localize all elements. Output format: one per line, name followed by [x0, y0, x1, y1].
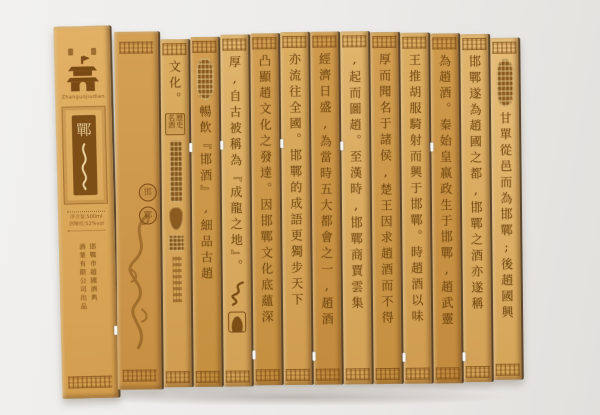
slip-text: 邯鄲遂為趙國之都,邯鄲之酒亦遂稱 [468, 55, 483, 313]
border-pattern-top [492, 42, 516, 54]
bamboo-scroll: Zhaoguojiudian 鄲 淨含量:500ml 酒精度:52%vol 邯鄲… [56, 22, 526, 399]
slip-text: 厚,自古被稱為『成龍之地』。 [228, 56, 242, 276]
tall-seal-strip-icon [169, 140, 183, 202]
bamboo-slip-7: 經濟日盛,為當時五大都會之一,趙酒 [310, 31, 342, 384]
bamboo-slip-3: 為趙酒。秦始皇嬴政生于邯鄲,趙武靈 [430, 33, 462, 383]
binding-tab [430, 143, 433, 152]
binding-tab [280, 139, 283, 148]
slip-text: 凸顯趙文化之發達。因邯鄲文化底蘊深 [258, 54, 273, 326]
border-pattern-top [342, 35, 366, 47]
spec-block: 淨含量:500ml 酒精度:52%vol [63, 209, 110, 234]
bamboo-slip-1: 甘單從邑而為邯鄲;後趙國興 [490, 38, 522, 380]
border-pattern-top [462, 38, 486, 50]
plate-seal-character: 鄲 [76, 119, 92, 140]
producer-colophon: 邯鄲市趙國酒典 酒業有限公司出品 [78, 243, 97, 339]
slip-text: 為趙酒。秦始皇嬴政生于邯鄲,趙武靈 [438, 54, 453, 328]
border-pattern-bottom [123, 369, 157, 381]
slip-text: 亦流往全國。邯鄲的成語更獨步天下 [288, 53, 303, 309]
historic-famous-wine-seal: 歷史 名酒 [165, 113, 185, 135]
divider [67, 211, 105, 213]
border-pattern-bottom [226, 370, 250, 382]
border-pattern-top [162, 43, 186, 55]
border-pattern-top [372, 36, 396, 48]
figure-oval-seal-icon [196, 58, 213, 100]
border-pattern-top [192, 41, 216, 53]
border-pattern-bottom [376, 368, 400, 380]
border-pattern-bottom [316, 368, 340, 380]
slip-text: 厚而聞名于諸侯,楚王因求趙酒而不得 [378, 53, 393, 327]
border-pattern-bottom [196, 371, 220, 383]
bamboo-slip-10: 厚,自古被稱為『成龍之地』。 [220, 34, 252, 386]
border-pattern-top [402, 37, 426, 49]
bamboo-slip-5: 厚而聞名于諸侯,楚王因求趙酒而不得 [370, 32, 402, 384]
border-pattern-bottom [256, 369, 280, 381]
round-seal-han: 邯 [139, 183, 157, 201]
border-pattern-bottom [346, 368, 370, 380]
producer-column-2: 酒業有限公司出品 [78, 243, 87, 339]
border-pattern-top [119, 41, 153, 53]
seal-right-column: 歷史 [175, 114, 182, 134]
binding-tab [312, 352, 315, 361]
binding-tab [114, 326, 117, 335]
border-pattern-top [282, 36, 306, 48]
title-oval-seal-icon [496, 59, 514, 107]
dragon-flourish-icon [227, 280, 247, 306]
seal-left-column: 名酒 [167, 114, 174, 134]
slip-text: 經濟日盛,為當時五大都會之一,趙酒 [318, 53, 333, 329]
slip-text: 暢飲『邯酒』,細品古趙 [199, 105, 213, 283]
bamboo-slip-11: 暢飲『邯酒』,細品古趙 [190, 37, 222, 387]
gourd-seal-icon [169, 207, 183, 230]
binding-tab [220, 141, 223, 150]
figure-stamp-icon [228, 311, 246, 332]
slip-text: 王推胡服騎射而興于邯鄲。時趙酒以味 [408, 54, 423, 326]
border-pattern-bottom [466, 366, 490, 378]
bamboo-slip-6: ,起而圖趙。至漢時,邯鄲商賈雲集 [340, 31, 372, 384]
binding-tab [189, 143, 192, 152]
framed-plate: 鄲 [61, 106, 107, 205]
border-pattern-top [252, 37, 276, 49]
border-pattern-top [432, 37, 456, 49]
border-pattern-bottom [166, 371, 190, 383]
slip-text: ,起而圖趙。至漢時,邯鄲商賈雲集 [348, 52, 363, 312]
border-pattern-top [222, 38, 246, 50]
spec-line-abv: 酒精度:52%vol [63, 221, 109, 229]
bamboo-slip-9: 凸顯趙文化之發達。因邯鄲文化底蘊深 [250, 33, 282, 385]
divider [67, 230, 105, 232]
bamboo-slip-2: 邯鄲遂為趙國之都,邯鄲之酒亦遂稱 [460, 34, 492, 382]
calligraphy-flourish-icon [77, 142, 92, 190]
border-pattern-top [312, 36, 336, 48]
dragon-board: 邯 鄲 [114, 31, 162, 389]
border-pattern-bottom [436, 367, 460, 379]
logo-caption: Zhaoguojiudian [62, 94, 105, 101]
bamboo-slip-8: 亦流往全國。邯鄲的成語更獨步天下 [280, 32, 312, 385]
slip-text: 甘單從邑而為邯鄲;後趙國興 [499, 112, 513, 322]
plate-seal: 鄲 [72, 115, 98, 196]
border-pattern-bottom [286, 369, 310, 381]
binding-tab [340, 141, 343, 150]
binding-tab [403, 353, 406, 362]
binding-tab [252, 350, 255, 359]
square-seal-icon [168, 235, 184, 251]
bamboo-slip-12: 文化。 歷史 名酒 [160, 39, 192, 387]
border-pattern-bottom [496, 364, 520, 376]
brand-panel-board: Zhaoguojiudian 鄲 淨含量:500ml 酒精度:52%vol 邯鄲… [53, 26, 118, 399]
bamboo-slip-4: 王推胡服騎射而興于邯鄲。時趙酒以味 [400, 33, 432, 384]
slip-text: 文化。 [168, 60, 181, 108]
small-colophon-text [172, 256, 181, 302]
border-pattern-bottom [406, 368, 430, 380]
gate-tower-logo-icon [65, 55, 100, 94]
dragon-motif-icon [117, 209, 161, 359]
producer-column-1: 邯鄲市趙國酒典 [89, 243, 98, 339]
border-pattern-bottom [68, 376, 112, 389]
binding-tab [462, 352, 465, 361]
